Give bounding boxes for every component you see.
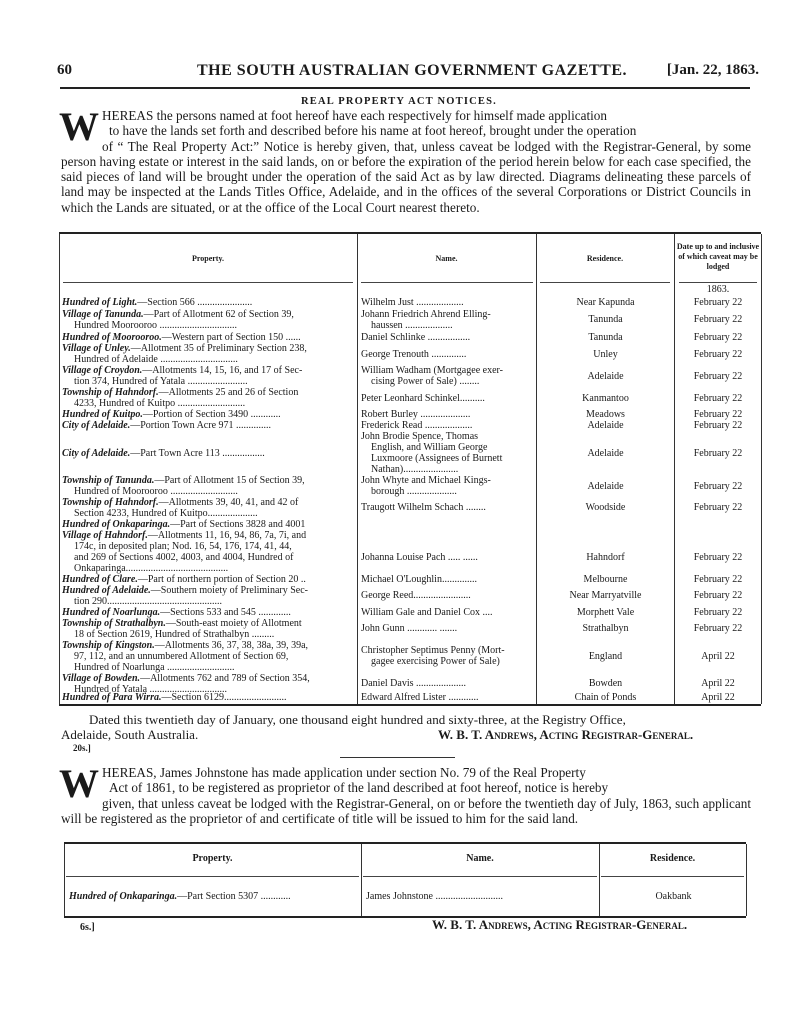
applicant-name: George Reed.......................	[361, 590, 536, 601]
caveat-date: February 22	[676, 314, 760, 325]
applicant-name-cont: cising Power of Sale) ........	[361, 376, 546, 387]
residence: Adelaide	[538, 448, 673, 459]
property-desc-cont: and 269 of Sections 4002, 4003, and 4004…	[62, 552, 364, 563]
notice-line: to have the lands set forth and describe…	[61, 123, 751, 138]
header-rule	[63, 282, 353, 283]
residence: Tanunda	[538, 314, 673, 325]
property-desc-cont: Section 4233, Hundred of Kuitpo.........…	[62, 508, 364, 519]
residence: Near Marryatville	[538, 590, 673, 601]
applicant-name: George Trenouth ..............	[361, 349, 536, 360]
residence: Chain of Ponds	[538, 692, 673, 703]
applicant-name: William Gale and Daniel Cox ....	[361, 607, 536, 618]
applicant-name-cont: English, and William George	[361, 442, 546, 453]
property-place: Village of Croydon.	[62, 365, 142, 376]
property-place: Township of Strathalbyn.	[62, 618, 166, 629]
property-place: Township of Kingston.	[62, 640, 155, 651]
year-label: 1863.	[676, 284, 760, 295]
property-place: City of Adelaide.	[62, 420, 130, 431]
section-title: REAL PROPERTY ACT NOTICES.	[0, 96, 798, 107]
notice-body: of “ The Real Property Act:” Notice is h…	[61, 139, 751, 215]
property-desc: —Part Town Acre 113 .................	[130, 448, 265, 459]
header-name: Name.	[361, 854, 599, 864]
table-border	[59, 234, 60, 704]
header-property: Property.	[59, 254, 357, 264]
property-desc: —Portion of Section 3490 ............	[143, 409, 281, 420]
applicant-name-cont: borough ....................	[361, 486, 546, 497]
residence: Unley	[538, 349, 673, 360]
property-place: Village of Tanunda.	[62, 309, 144, 320]
applicant-name: Johann Friedrich Ahrend Elling-	[361, 309, 536, 320]
notice-body: given, that unless caveat be lodged with…	[61, 796, 751, 827]
residence: Kanmantoo	[538, 393, 673, 404]
header-rule	[66, 876, 359, 877]
caveat-date: February 22	[676, 349, 760, 360]
property-desc: —Allotments 39, 40, 41, and 42 of	[159, 497, 299, 508]
residence: Near Kapunda	[538, 297, 673, 308]
property-place: Hundred of Noarlunga.	[62, 607, 160, 618]
property-desc-cont: tion 290................................…	[62, 596, 364, 607]
header-date: Date up to and inclusive of which caveat…	[676, 242, 760, 272]
separator-rule	[340, 757, 455, 758]
residence: Woodside	[538, 502, 673, 513]
residence: England	[538, 651, 673, 662]
property-desc: —Portion Town Acre 971 ..............	[130, 420, 271, 431]
gazette-page: 60 THE SOUTH AUSTRALIAN GOVERNMENT GAZET…	[0, 0, 798, 1024]
property-desc: —Allotments 25 and 26 of Section	[159, 387, 299, 398]
property-place: Village of Bowden.	[62, 673, 140, 684]
fee-label: 6s.]	[80, 922, 95, 933]
property-place: Hundred of Para Wirra.	[62, 692, 161, 703]
column-divider	[674, 234, 675, 704]
property-desc: —Allotment 35 of Preliminary Section 238…	[131, 343, 307, 354]
property-place: Township of Tanunda.	[62, 475, 154, 486]
dated-line: Dated this twentieth day of January, one…	[61, 712, 751, 727]
property-desc-cont: Hundred Moorooroo ......................…	[62, 320, 364, 331]
residence: Strathalbyn	[538, 623, 673, 634]
applicant-name: Robert Burley ....................	[361, 409, 536, 420]
property-desc: —Section 566 ......................	[137, 297, 252, 308]
property-desc-cont: Hundred of Noarlunga ...................…	[62, 662, 364, 673]
property-desc-cont: Hundred of Adelaide ....................…	[62, 354, 364, 365]
header-residence: Residence.	[536, 254, 674, 264]
property-desc: —Part Section 5307 ............	[177, 891, 291, 902]
property-desc-cont: tion 374, Hundred of Yatala ............…	[62, 376, 364, 387]
property-place: Hundred of Light.	[62, 297, 137, 308]
header-name: Name.	[357, 254, 536, 264]
property-desc: —Allotments 762 and 789 of Section 354,	[140, 673, 310, 684]
applicant-name-cont: Luxmoore (Assignees of Burnett	[361, 453, 546, 464]
property-desc-cont: 174c, in deposited plan; Nod. 16, 54, 17…	[62, 541, 364, 552]
property-desc-cont: Hundred of Moorooroo ...................…	[62, 486, 364, 497]
residence: Adelaide	[538, 371, 673, 382]
property-desc: —Southern moiety of Preliminary Sec-	[151, 585, 308, 596]
caveat-date: February 22	[676, 393, 760, 404]
signature: W. B. T. Andrews, Acting Registrar-Gener…	[438, 727, 693, 743]
caveat-date: February 22	[676, 297, 760, 308]
property-place: Township of Hahndorf.	[62, 387, 159, 398]
caveat-date: February 22	[676, 623, 760, 634]
property-desc-cont: 97, 112, and an unnumbered Allotment of …	[62, 651, 364, 662]
caveat-date: February 22	[676, 590, 760, 601]
property-desc: —Western part of Section 150 ......	[162, 332, 301, 343]
residence: Oakbank	[601, 891, 746, 902]
residence: Morphett Vale	[538, 607, 673, 618]
header-rule	[363, 876, 597, 877]
table-border	[746, 844, 747, 916]
property-desc: —Part of Allotment 62 of Section 39,	[144, 309, 294, 320]
page-number: 60	[57, 62, 72, 79]
property-place: Hundred of Moorooroo.	[62, 332, 162, 343]
header-rule	[601, 876, 744, 877]
property-desc: —Allotments 11, 16, 94, 86, 7a, 7i, and	[148, 530, 306, 541]
applicant-name: Christopher Septimus Penny (Mort-	[361, 645, 536, 656]
notice-johnstone: W HEREAS, James Johnstone has made appli…	[61, 765, 751, 826]
caveat-date: February 22	[676, 502, 760, 513]
applicant-name: Peter Leonhard Schinkel..........	[361, 393, 536, 404]
johnstone-table: Property. Name. Residence. Hundred of On…	[64, 842, 746, 918]
applicant-name-cont: Nathan)......................	[361, 464, 546, 475]
applicant-name: John Gunn ............ .......	[361, 623, 536, 634]
property-place: City of Adelaide.	[62, 448, 130, 459]
residence: Tanunda	[538, 332, 673, 343]
residence: Hahndorf	[538, 552, 673, 563]
applicant-name-cont: haussen ...................	[361, 320, 546, 331]
notice-line: HEREAS, James Johnstone has made applica…	[61, 765, 751, 780]
header-residence: Residence.	[599, 854, 746, 864]
applicant-name: Daniel Schlinke .................	[361, 332, 536, 343]
notice-line: Act of 1861, to be registered as proprie…	[61, 780, 751, 795]
applicant-name: Johanna Louise Pach ..... ......	[361, 552, 536, 563]
caveat-date: February 22	[676, 574, 760, 585]
dropcap: W	[59, 767, 99, 801]
applicant-name: John Brodie Spence, Thomas	[361, 431, 536, 442]
residence: Adelaide	[538, 481, 673, 492]
applicant-name: Frederick Read ...................	[361, 420, 536, 431]
applicant-name: Wilhelm Just ...................	[361, 297, 536, 308]
header-rule	[540, 282, 670, 283]
property-desc: —Part of Allotment 15 of Section 39,	[154, 475, 304, 486]
header-property: Property.	[64, 854, 361, 864]
residence: Melbourne	[538, 574, 673, 585]
residence: Bowden	[538, 678, 673, 689]
residence: Adelaide	[538, 420, 673, 431]
property-place: Village of Unley.	[62, 343, 131, 354]
property-place: Hundred of Onkaparinga.	[62, 519, 170, 530]
property-desc-cont: Onkaparinga.............................…	[62, 563, 364, 574]
applicant-name: William Wadham (Mortgagee exer-	[361, 365, 536, 376]
property-desc: —South-east moiety of Allotment	[166, 618, 302, 629]
caveat-date: February 22	[676, 448, 760, 459]
masthead-rule	[60, 87, 750, 89]
applications-table: Property. Name. Residence. Date up to an…	[59, 232, 761, 706]
caveat-date: February 22	[676, 481, 760, 492]
caveat-date: February 22	[676, 607, 760, 618]
header-rule	[679, 282, 757, 283]
property-desc: —Allotments 14, 15, 16, and 17 of Sec-	[142, 365, 302, 376]
gazette-title: THE SOUTH AUSTRALIAN GOVERNMENT GAZETTE.	[197, 62, 627, 80]
applicant-name: Daniel Davis ....................	[361, 678, 536, 689]
dropcap: W	[59, 110, 99, 144]
property-desc-cont: 18 of Section 2619, Hundred of Strathalb…	[62, 629, 364, 640]
residence: Meadows	[538, 409, 673, 420]
applicant-name: James Johnstone ........................…	[366, 891, 596, 902]
caveat-date: February 22	[676, 371, 760, 382]
table-border	[761, 234, 762, 704]
property-desc: —Part of northern portion of Section 20 …	[138, 574, 306, 585]
applicant-name: Edward Alfred Lister ............	[361, 692, 536, 703]
applicant-name: Michael O'Loughlin..............	[361, 574, 536, 585]
property-place: Hundred of Onkaparinga.	[69, 891, 177, 902]
property-place: Village of Hahndorf.	[62, 530, 148, 541]
property-desc: —Part of Sections 3828 and 4001	[170, 519, 305, 530]
issue-date: [Jan. 22, 1863.	[667, 62, 759, 79]
property-place: Hundred of Adelaide.	[62, 585, 151, 596]
property-desc: —Section 6129.........................	[161, 692, 286, 703]
fee-label: 20s.]	[73, 743, 91, 753]
caveat-date: February 22	[676, 409, 760, 420]
property-place: Township of Hahndorf.	[62, 497, 159, 508]
masthead: 60 THE SOUTH AUSTRALIAN GOVERNMENT GAZET…	[57, 62, 759, 86]
caveat-date: February 22	[676, 332, 760, 343]
property-place: Hundred of Kuitpo.	[62, 409, 143, 420]
applicant-name: John Whyte and Michael Kings-	[361, 475, 536, 486]
header-rule	[361, 282, 533, 283]
caveat-date: April 22	[676, 692, 760, 703]
property-desc: —Sections 533 and 545 .............	[160, 607, 291, 618]
property-desc-cont: 4233, Hundred of Kuitpo ................…	[62, 398, 364, 409]
property-desc: —Allotments 36, 37, 38, 38a, 39, 39a,	[155, 640, 308, 651]
caveat-date: February 22	[676, 420, 760, 431]
caveat-date: April 22	[676, 678, 760, 689]
applicant-name-cont: gagee exercising Power of Sale)	[361, 656, 546, 667]
notice-real-property: W HEREAS the persons named at foot hereo…	[61, 108, 751, 215]
notice-line: HEREAS the persons named at foot hereof …	[61, 108, 751, 123]
caveat-date: April 22	[676, 651, 760, 662]
applicant-name: Traugott Wilhelm Schach ........	[361, 502, 536, 513]
property-place: Hundred of Clare.	[62, 574, 138, 585]
caveat-date: February 22	[676, 552, 760, 563]
signature: W. B. T. Andrews, Acting Registrar-Gener…	[432, 917, 687, 933]
